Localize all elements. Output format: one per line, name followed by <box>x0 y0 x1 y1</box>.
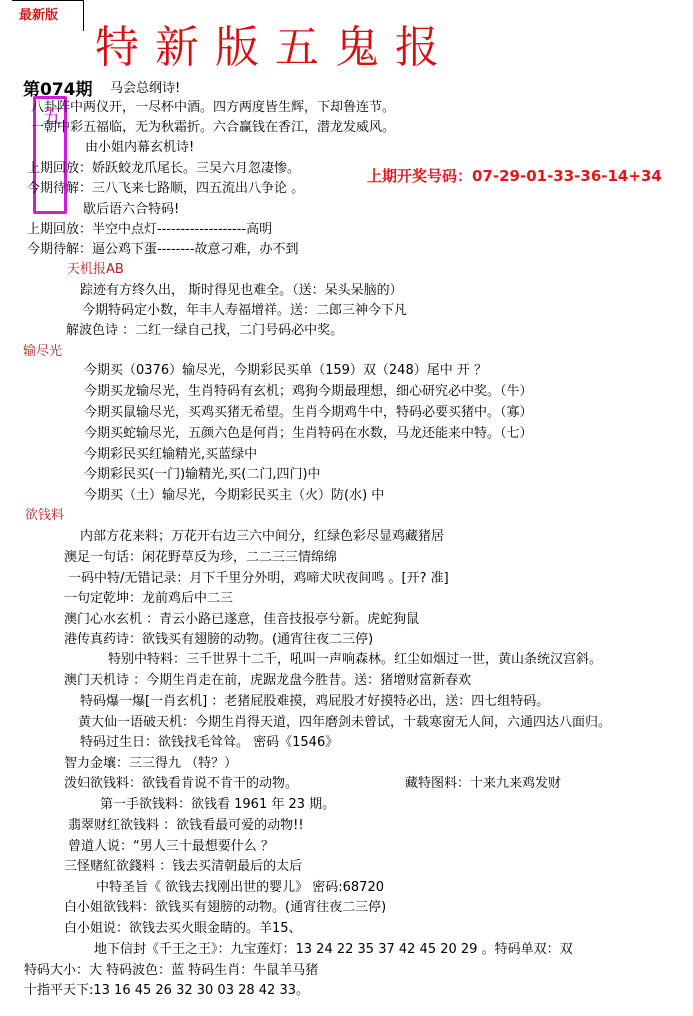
text-line: 白小姐说：欲钱去买火眼金睛的。羊15、 <box>64 920 302 938</box>
edition-badge: 最新版 <box>19 4 58 23</box>
text-line: 藏特图料：十来九来鸡发财 <box>405 775 561 793</box>
text-line: 由小姐内幕玄机诗! <box>85 139 194 157</box>
text-line: 翡翠财红欲钱料 ：欲钱看最可爱的动物!! <box>68 817 304 835</box>
text-line: 解波色诗 ：二红一绿自己找，二门号码必中奖。 <box>66 322 343 340</box>
text-line: 今期待解：逼公鸡下蛋--------故意刁难，办不到 <box>27 241 299 259</box>
text-line: 今期买鼠输尽光，买鸡买猪无希望。生肖今期鸡牛中，特码必要买猪中。（寡） <box>84 404 533 422</box>
text-line: 今期买（土）输尽光，今期彩民买主（火）防(水) 中 <box>84 487 384 505</box>
text-line: 今期买蛇输尽光，五颜六色是何肖；生肖特码在水数，马龙还能来中特。（七） <box>84 425 533 443</box>
text-line: 今期特码定小数，年丰人寿福增祥。送：二郎三神今下凡 <box>82 302 407 320</box>
text-line: 智力金壤：三三得九 （特？） <box>64 755 237 773</box>
section-heading: 输尽光 <box>23 343 62 361</box>
text-line: 一朝中彩五福临，无为秋霜折。六合赢钱在香江，潜龙发威风。 <box>31 119 395 137</box>
last-draw-numbers: 上期开奖号码：07-29-01-33-36-14+34 <box>367 165 662 186</box>
text-line: 一码中特/无错记录：月下千里分外明，鸡啼犬吠夜间鸣 。[开? 准] <box>68 570 449 588</box>
text-line: 白小姐欲钱料：欲钱买有翅膀的动物。(通宵往夜二三停) <box>64 899 386 917</box>
text-line: 今期买（0376）输尽光，今期彩民买单（159）双（248）尾中 开 ？ <box>84 362 487 380</box>
text-line: 上期回放：娇跃蛟龙爪尾长。三吴六月忽凄惨。 <box>27 160 300 178</box>
text-line: 港传真药诗：欲钱买有翅膀的动物。(通宵往夜二三停) <box>64 631 373 649</box>
text-line: 第一手欲钱料：欲钱看 1961 年 23 期。 <box>100 796 335 814</box>
text-line: 澳门天机诗 ：今期生肖走在前，虎踞龙盘今胜昔。送：猪增财富新春欢 <box>64 672 471 690</box>
text-line: 特别中特料：三千世界十二千，吼叫一声响森林。红尘如烟过一世，黄山条统汉宫斜。 <box>108 651 602 669</box>
text-line: 泼妇欲钱料：欲钱看肯说不肯干的动物。 <box>64 775 298 793</box>
text-line: 一句定乾坤：龙前鸡后中二三 <box>64 590 233 608</box>
text-line: 十指平天下:13 16 45 26 32 30 03 28 42 33。 <box>24 982 309 1000</box>
text-line: 曾道人说：“男人三十最想要什么 ？ <box>68 838 274 856</box>
text-line: 内部方花来料；万花开右边三六中间分，红绿色彩尽显鸡藏猪居 <box>80 528 444 546</box>
section-heading: 欲钱料 <box>25 507 64 525</box>
text-line: 今期买龙输尽光，生肖特码有玄机；鸡狗今期最理想，细心研究必中奖。（牛） <box>84 383 533 401</box>
section-heading: 天机报AB <box>67 261 124 279</box>
text-line: 今期待解：三八飞来七路顺，四五流出八争论 。 <box>27 180 304 198</box>
text-line: 澳足一句话：闲花野草反为珍，二二三三情绵绵 <box>64 549 337 567</box>
text-line: 今期彩民买红输精光,买蓝绿中 <box>84 446 257 464</box>
text-line: 三怪赌紅欲錢料 ：钱去买清朝最后的太后 <box>64 858 302 876</box>
text-line: 歇后语六合特码! <box>83 201 179 219</box>
text-line: 特码过生日：欲钱找毛耸耸。 密码《1546》 <box>80 734 338 752</box>
text-line: 澳门心水玄机 ：青云小路已遂意，佳音技报亭兮新。虎蛇狗鼠 <box>64 611 419 629</box>
text-line: 今期彩民买(一门)输精光,买(二门,四门)中 <box>84 466 321 484</box>
text-line: 八卦阵中两仪开，一尽杯中酒。四方两度皆生辉，下却鲁连节。 <box>31 99 395 117</box>
text-line: 马会总纲诗! <box>110 80 180 98</box>
text-line: 踪迹有方终久出， 斯时得见也难全。（送：呆头呆脑的） <box>80 282 403 300</box>
text-line: 上期回放：半空中点灯-------------------高明 <box>27 221 272 239</box>
text-line: 特码大小：大 特码波色：蓝 特码生肖：牛鼠羊马猪 <box>24 962 318 980</box>
text-line: 特码爆一爆[一肖玄机] ：老猪屁股难摸，鸡屁股才好摸特必出，送：四七组特码。 <box>80 693 549 711</box>
text-line: 中特圣旨《 欲钱去找刚出世的婴儿》 密码:68720 <box>96 879 384 897</box>
text-line: 地下信封《千王之王》：九宝莲灯：13 24 22 35 37 42 45 20 … <box>94 941 573 959</box>
page-title: 特新版五鬼报 <box>95 22 455 74</box>
text-line: 黄大仙一语破天机：今期生肖得天道，四年磨剑未曾试，十载寒窗无人间，六通四达八面归… <box>78 714 611 732</box>
